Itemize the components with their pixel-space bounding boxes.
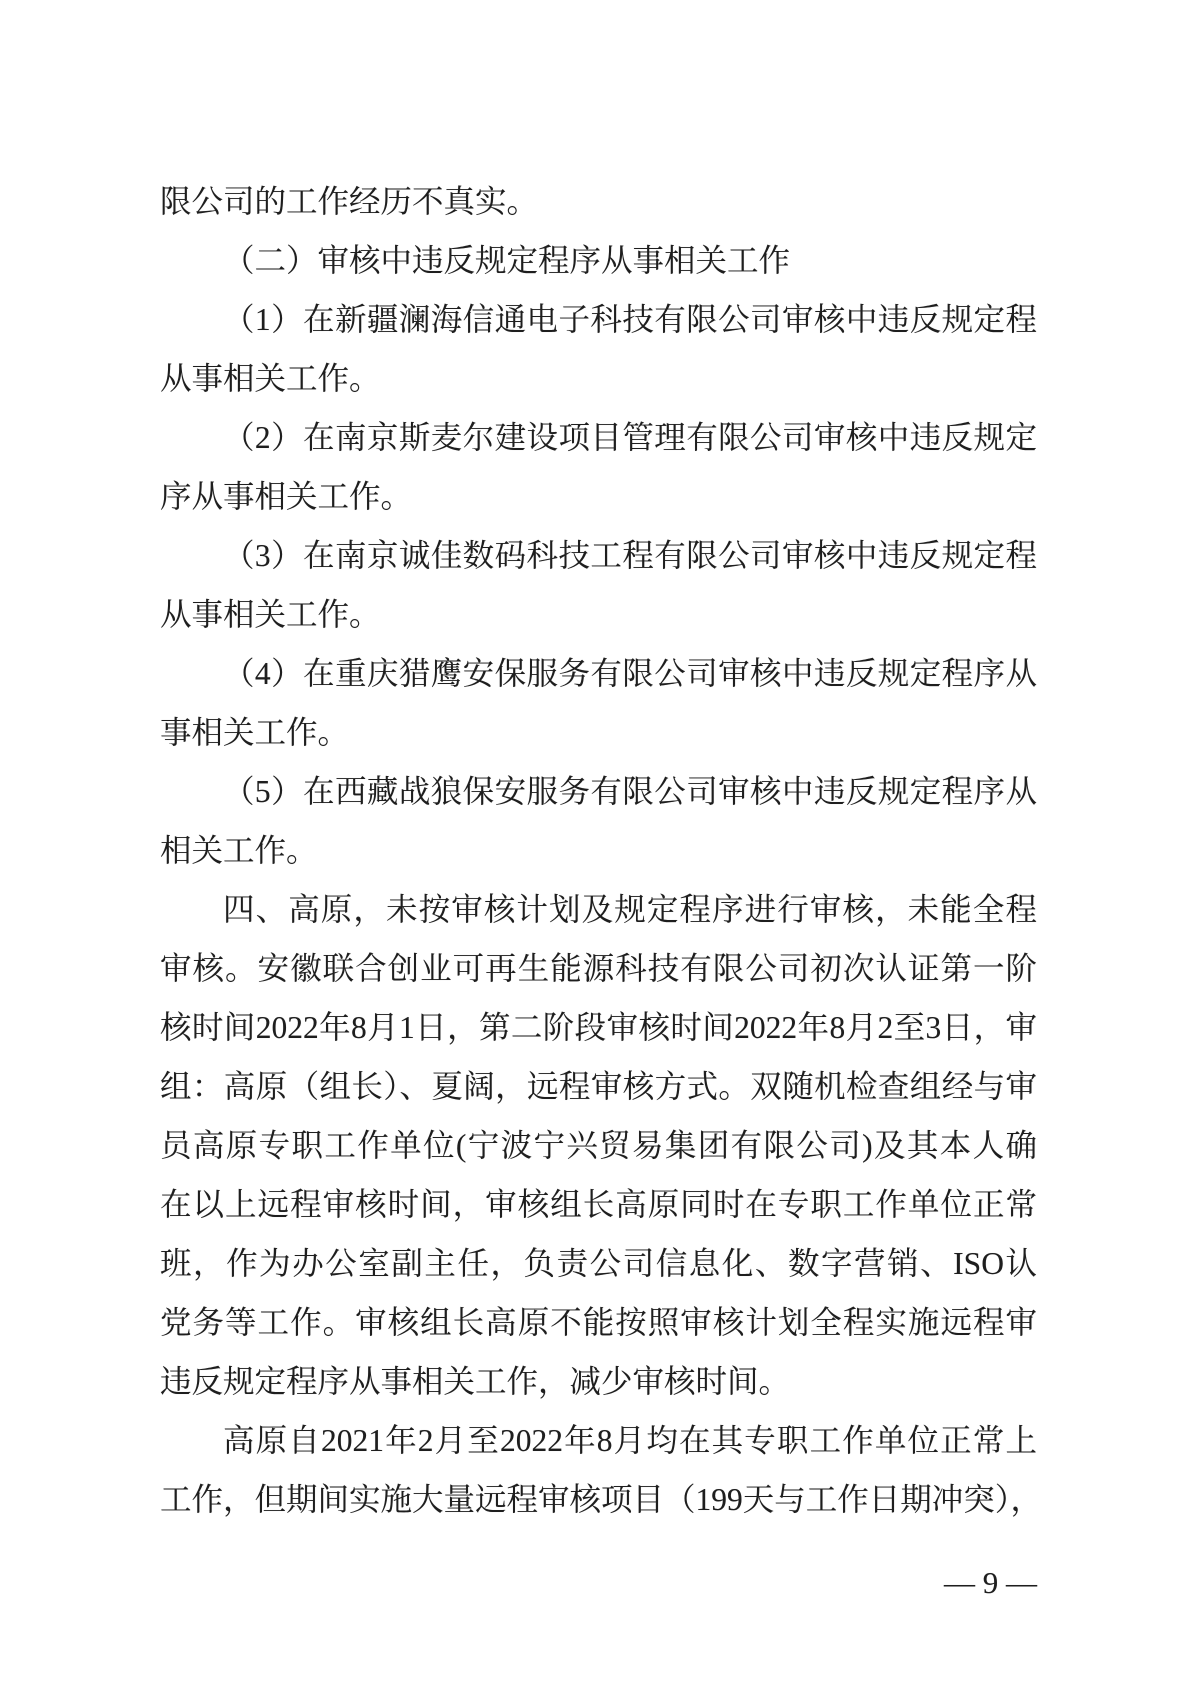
text-line: 序从事相关工作。	[160, 467, 1037, 526]
page-number: — 9 —	[0, 1563, 1037, 1603]
text-line: （二）审核中违反规定程序从事相关工作	[160, 231, 1037, 290]
text-line: （4）在重庆猎鹰安保服务有限公司审核中违反规定程序从	[160, 644, 1037, 703]
text-line: 相关工作。	[160, 821, 1037, 880]
text-line: （2）在南京斯麦尔建设项目管理有限公司审核中违反规定程	[160, 408, 1037, 467]
text-line: 从事相关工作。	[160, 585, 1037, 644]
text-line: （1）在新疆澜海信通电子科技有限公司审核中违反规定程序	[160, 290, 1037, 349]
text-line: 从事相关工作。	[160, 349, 1037, 408]
text-line: 事相关工作。	[160, 703, 1037, 762]
text-line: 核时间2022年8月1日，第二阶段审核时间2022年8月2至3日，审核	[160, 998, 1037, 1057]
document-body: 限公司的工作经历不真实。（二）审核中违反规定程序从事相关工作（1）在新疆澜海信通…	[160, 172, 1037, 1529]
text-line: 高原自2021年2月至2022年8月均在其专职工作单位正常上班	[160, 1411, 1037, 1470]
text-line: 组：高原（组长）、夏阔，远程审核方式。双随机检查组经与审核	[160, 1057, 1037, 1116]
text-line: 限公司的工作经历不真实。	[160, 172, 1037, 231]
text-line: 在以上远程审核时间，审核组长高原同时在专职工作单位正常上	[160, 1175, 1037, 1234]
text-line: 四、高原，未按审核计划及规定程序进行审核，未能全程实施	[160, 880, 1037, 939]
text-line: 违反规定程序从事相关工作，减少审核时间。	[160, 1352, 1037, 1411]
text-line: （3）在南京诚佳数码科技工程有限公司审核中违反规定程序	[160, 526, 1037, 585]
text-line: 工作，但期间实施大量远程审核项目（199天与工作日期冲突），	[160, 1470, 1037, 1529]
text-line: 审核。安徽联合创业可再生能源科技有限公司初次认证第一阶段审	[160, 939, 1037, 998]
text-line: 员高原专职工作单位(宁波宁兴贸易集团有限公司)及其本人确认，	[160, 1116, 1037, 1175]
text-line: 班，作为办公室副主任，负责公司信息化、数字营销、ISO认证、	[160, 1234, 1037, 1293]
document-page: 限公司的工作经历不真实。（二）审核中违反规定程序从事相关工作（1）在新疆澜海信通…	[0, 0, 1200, 1696]
text-line: （5）在西藏战狼保安服务有限公司审核中违反规定程序从事	[160, 762, 1037, 821]
text-line: 党务等工作。审核组长高原不能按照审核计划全程实施远程审核，	[160, 1293, 1037, 1352]
